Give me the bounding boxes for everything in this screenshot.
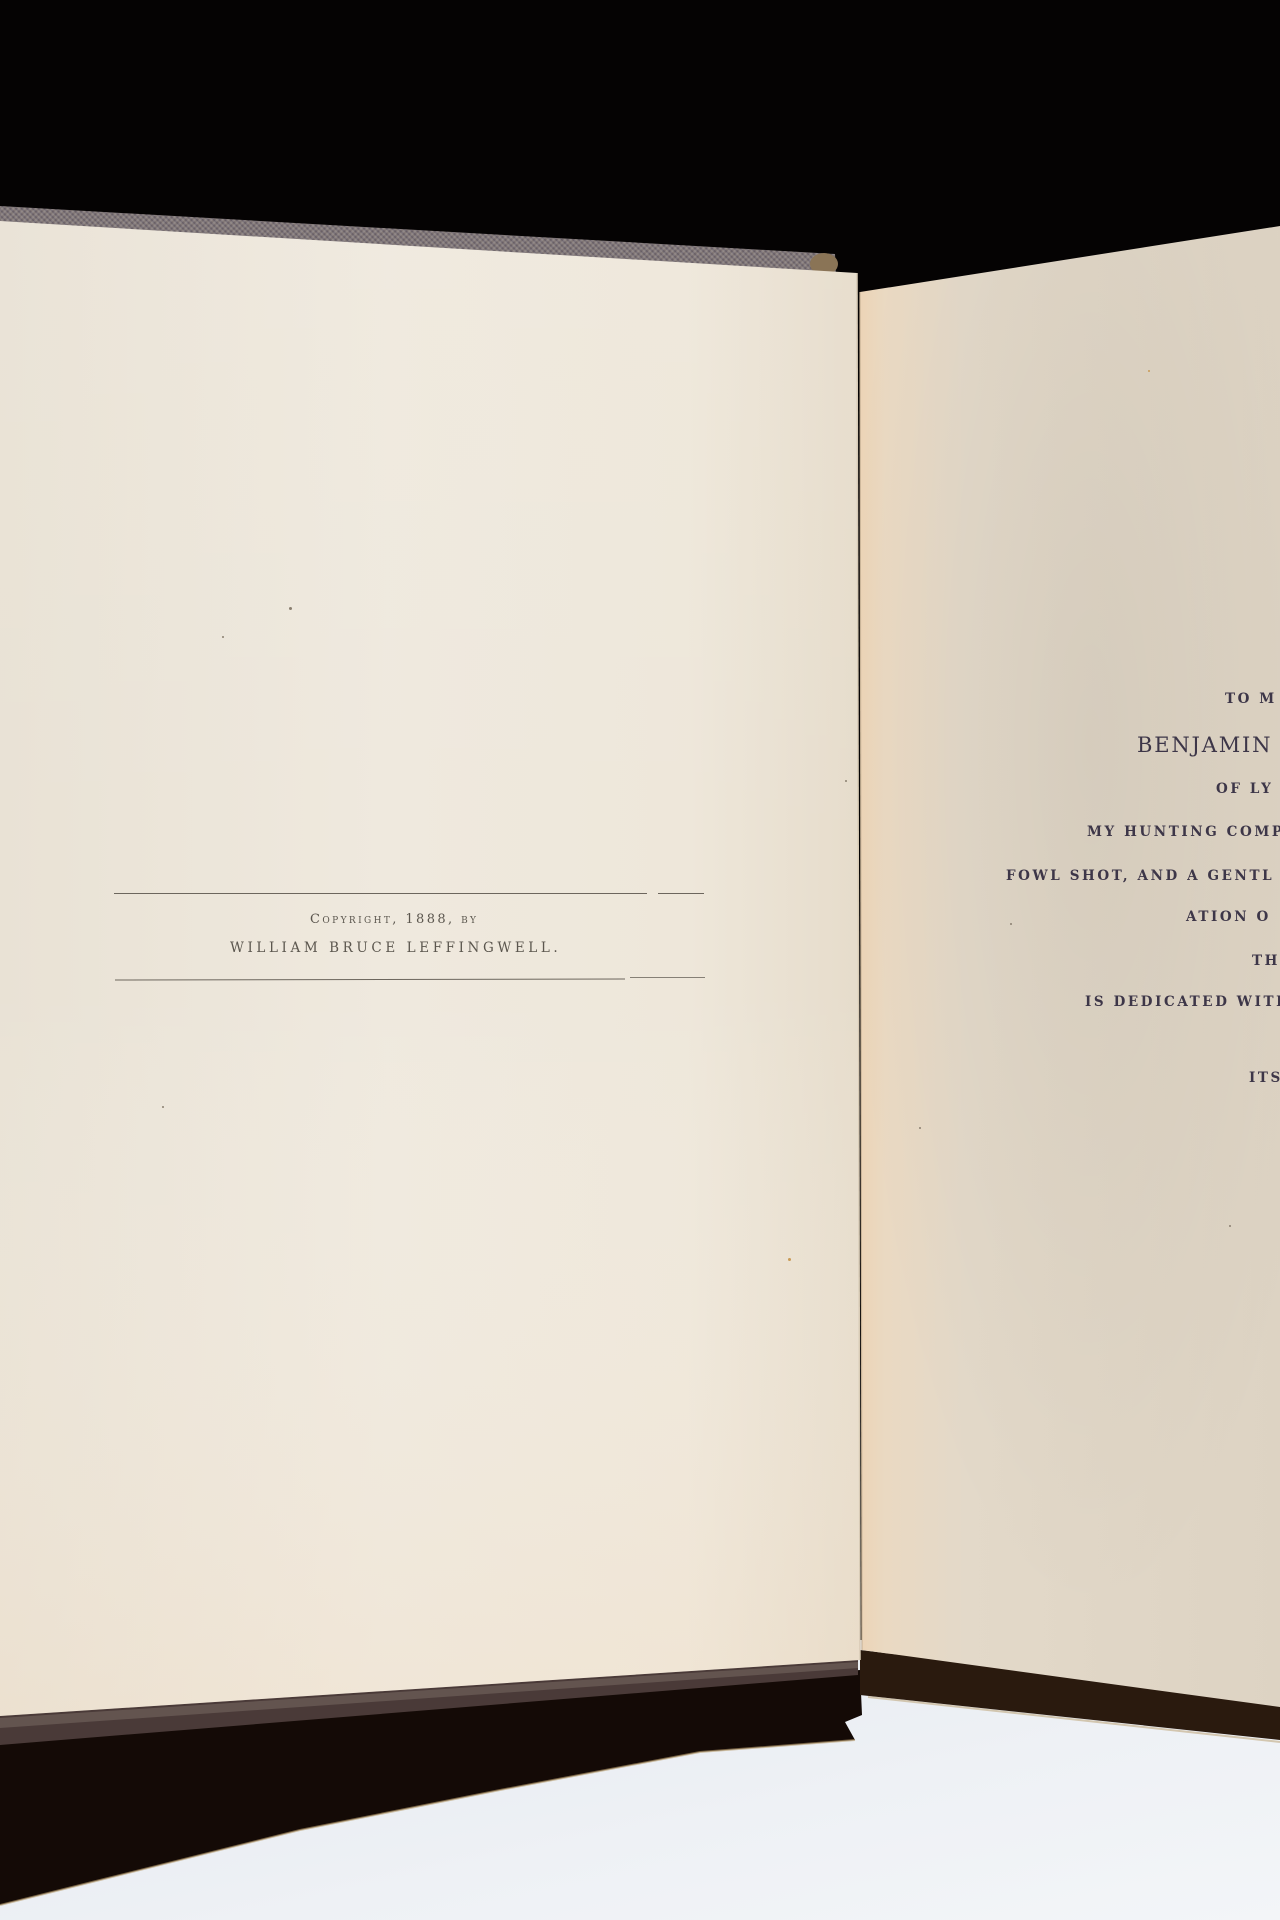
book-photo	[0, 0, 1280, 1920]
paper-speck	[222, 636, 224, 638]
copyright-line: Copyright, 1888, by	[310, 912, 478, 927]
dedication-line-its: ITS	[1249, 1070, 1280, 1086]
dedication-line-fowl-shot: FOWL SHOT, AND A GENTL	[1006, 868, 1274, 884]
book-scene-graphic	[0, 0, 1280, 1920]
dedication-line-to: TO M	[1225, 691, 1277, 707]
dedication-line-dedicated: IS DEDICATED WITH	[1085, 994, 1280, 1010]
paper-speck	[919, 1127, 921, 1129]
copyright-top-rule	[114, 893, 647, 894]
copyright-bottom-rule-tail	[630, 977, 705, 978]
paper-speck	[1229, 1225, 1231, 1227]
dedication-line-ation: ATION O	[1186, 909, 1271, 925]
dedication-name: BENJAMIN	[1137, 733, 1272, 757]
copyright-holder-name: WILLIAM BRUCE LEFFINGWELL.	[230, 940, 561, 956]
paper-speck	[162, 1106, 164, 1108]
dedication-line-companion: MY HUNTING COMP	[1087, 824, 1280, 840]
paper-speck	[1148, 370, 1150, 372]
copyright-top-rule-tail	[658, 893, 704, 894]
dedication-line-th: TH	[1252, 953, 1280, 969]
paper-speck	[289, 607, 292, 610]
dedication-line-of: OF LY	[1216, 781, 1273, 797]
paper-speck	[1010, 923, 1012, 925]
paper-speck	[845, 780, 847, 782]
paper-speck	[788, 1258, 791, 1261]
